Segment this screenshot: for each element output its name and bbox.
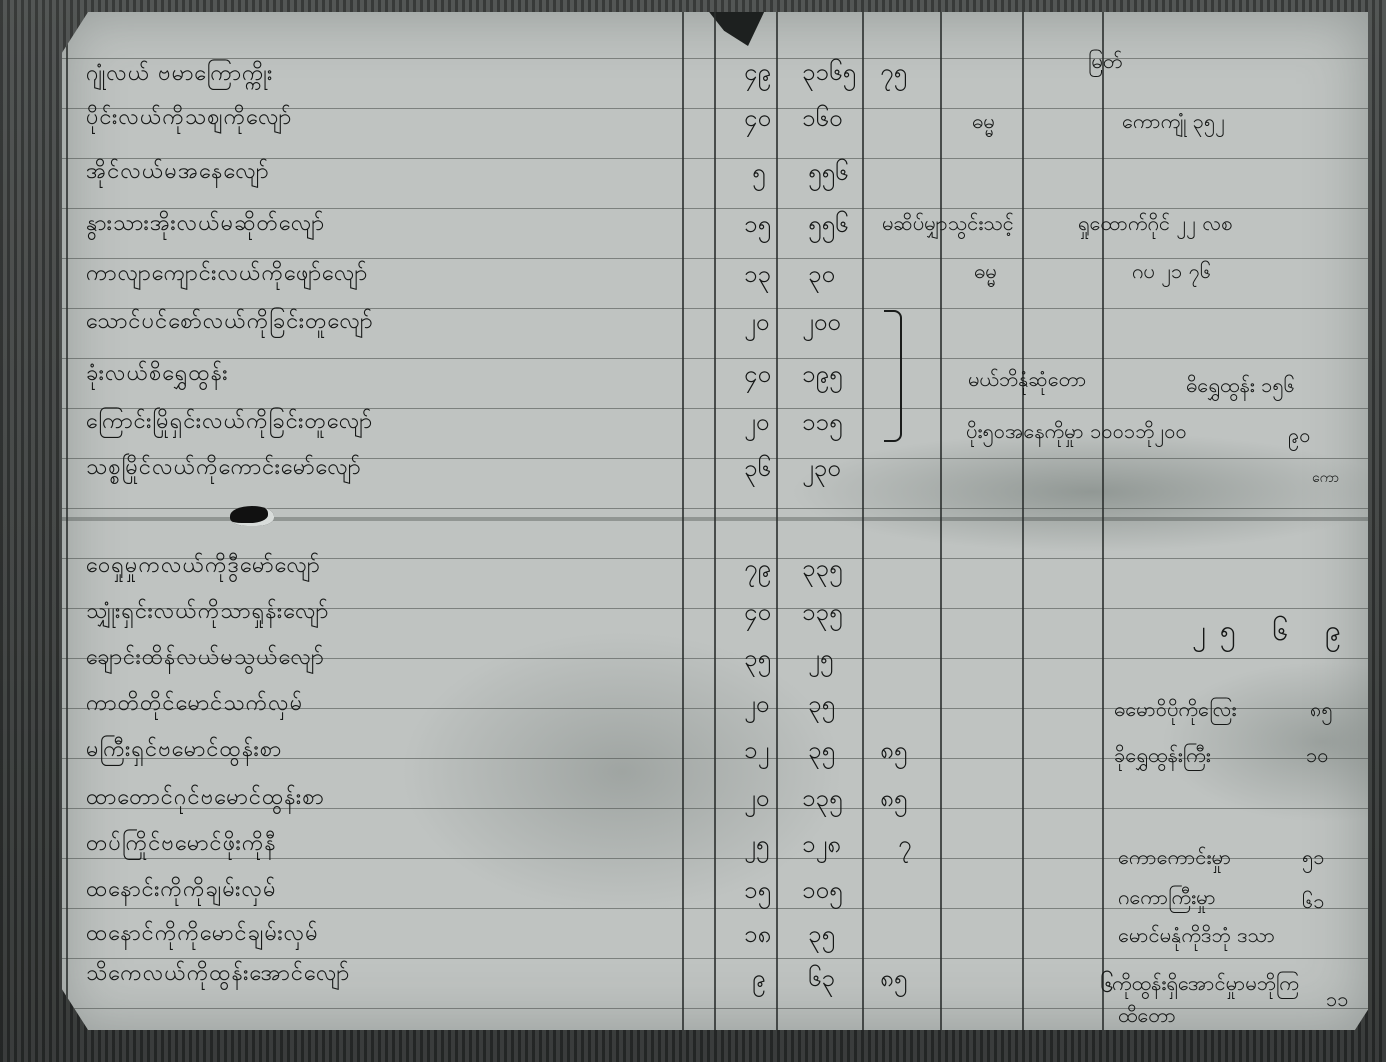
column-rule [940,12,942,1030]
qty-value: ၂၀ [744,306,769,342]
extra-value: ၈၅ [880,962,907,998]
entry-text: အိုင်လယ်မအနေလျော် [86,156,270,189]
qty-value: ၄၀ [744,596,771,632]
extra-value: ၇ [898,828,912,864]
note-text: ကောကောင်းမှုာ [1118,844,1231,874]
entry-text: သောင်ပင်စော်လယ်ကိုခြင်းတူလျော် [86,306,374,339]
qty-value: ၄၉ [744,56,771,92]
entry-text: ဝေရှုမှုကလယ်ကိုဒွီမော်လျော် [86,550,321,583]
entry-text: ထနောင်ကိုကိုမောင်ချမ်းလှမ် [86,918,319,951]
entry-text: ကာတိတိုင်မောင်သက်လှမ် [86,688,303,721]
amount-value: ၁၃၅ [802,782,843,818]
note-text: ပိုး၅၀အနေကိုမှုာ ၁၀၀၁ဘို၂၀၀ [966,418,1187,448]
amount-value: ၁၉၅ [802,358,843,394]
qty-value: ၁၃ [744,258,771,294]
note-value: ၁၁ [1326,986,1349,1016]
entry-text: တပ်ကြိုင်ဗမောင်ဖိုးကိုနီ [86,828,277,861]
amount-value: ၂၃၀ [802,452,841,488]
note-text: ခိုရွှေထွန်းကြီး [1114,742,1211,772]
note-text: ထိတော [1118,1002,1176,1032]
entry-text: ကာလျာကျောင်းလယ်ကိုဖျော်လျော် [86,258,368,291]
note-left: ဓမ္မ [972,108,995,138]
amount-value: ၁၀၅ [802,874,843,910]
qty-value: ၄၀ [744,102,771,138]
ledger-sheet: ဂျုံလယ် ဗမာကြောက္ကိုး ပိုင်းလယ်ကိုသဈကိုလ… [62,12,1368,1030]
entry-text: ထနောင်းကိုကိုချမ်းလှမ် [86,874,277,907]
amount-value: ၃၅ [808,688,835,724]
note-text: ဓမောဝိပိုကိုလြေး [1114,696,1236,726]
amount-value: ၁၃၅ [802,596,843,632]
qty-value: ၁၅ [744,208,771,244]
amount-value: ၁၂၈ [802,828,841,864]
amount-value: ၃၅ [808,918,835,954]
note-value: ၁၀ [1306,742,1329,772]
qty-value: ၃၆ [744,452,771,488]
total-value: ၂၅ ၆ ၉ [1192,612,1355,654]
note-left: မဆိပ်မျှာသွင်းသင့် [882,210,1014,240]
qty-value: ၁၈ [744,918,771,954]
amount-value: ၂၀၀ [802,306,841,342]
note-value: ၅၁ [1302,844,1325,874]
column-rule [714,12,716,1030]
note-left: ဓမ္မ [974,258,997,288]
entry-text: ပိုင်းလယ်ကိုသဈကိုလျော် [86,102,292,135]
note-value: ဓိရွှေထွန်း ၁၅၆ [1186,372,1295,402]
margin-rule [66,12,68,1030]
note-right: ရှုထောက်ဂိုင် ၂၂ လစ [1078,210,1232,240]
qty-value: ၂၀ [744,688,769,724]
extra-value: ၈၅ [880,734,907,770]
note-small: ကော [1312,468,1339,489]
note-text: ဂကောကြီးမှုာ [1118,884,1216,914]
column-rule [682,12,684,1030]
qty-value: ၇၉ [744,552,771,588]
qty-value: ၂၀ [744,782,769,818]
entry-text: သိကေလယ်ကိုထွန်းအောင်လျော် [86,958,350,991]
note-right: ကောကျုံ ၃၅၂ [1122,108,1225,138]
entry-text: ချောင်းထိန်လယ်မသွယ်လျော် [86,642,325,675]
entry-text: မကြီးရှင်ဗမောင်ထွန်းစာ [86,734,282,767]
note-text: ကိုထွန်းရှိအောင်မှုာမဘိုကြ [1112,970,1299,1000]
qty-value: ၂၀ [744,406,769,442]
entry-text: ကြောင်းမြိုရှင်းလယ်ကိုခြင်းတူလျော် [86,406,373,439]
amount-value: ၆၃ [808,962,835,998]
column-header-note: မြတ် [1088,48,1122,78]
entry-text: သျှုံးရှင်းလယ်ကိုသာရှုန်းလျော် [86,596,329,629]
entry-text: ထာတောင်ဂုင်ဗမောင်ထွန်းစာ [86,782,325,815]
amount-value: ၃၁၆၅ [802,56,856,92]
entry-text: ဂျုံလယ် ဗမာကြောက္ကိုး [86,58,273,91]
qty-value: ၅ [752,156,766,192]
amount-value: ၅၅၆ [808,156,849,192]
note-value: ၈၅ [1310,696,1333,726]
amount-value: ၃၅ [808,734,835,770]
amount-value: ၂၅ [808,642,833,678]
note-text: မယ်ဘိနုံဆုံတော [968,366,1086,396]
amount-value: ၃၀ [808,258,835,294]
qty-value: ၂၅ [744,828,769,864]
amount-value: ၃၃၅ [802,552,843,588]
qty-value: ၉ [752,962,766,998]
qty-value: ၁၂ [744,734,769,770]
extra-value: ၇၅ [880,56,907,92]
entry-text: နွားသားအိုးလယ်မဆိုတ်လျော် [86,208,325,241]
column-rule [862,12,864,1030]
extra-value: ၈၅ [880,782,907,818]
qty-value: ၄၀ [744,358,771,394]
note-value: ၆၁ [1302,888,1325,918]
column-rule [1102,12,1104,1030]
note-text: မောင်မနုံကိုဒိဘုံ ဒသာ [1118,922,1275,952]
amount-value: ၁၆၀ [802,102,843,138]
note-value: ၉၀ [1288,422,1311,452]
column-rule [1022,12,1024,1030]
paper-hole [230,506,274,526]
entry-text: သစ္စမြိုင်လယ်ကိုကောင်းမော်လျော် [86,452,362,485]
entry-text: ခုံးလယ်စိရွှေထွန်း [86,358,229,391]
margin-mark: ၆ [1100,968,1114,1004]
grouping-bracket [884,310,902,442]
column-rule [776,12,778,1030]
amount-value: ၅၅၆ [808,208,849,244]
note-right: ဂပ ၂၁ ၇၆ [1132,258,1211,288]
qty-value: ၃၅ [744,642,771,678]
qty-value: ၁၅ [744,874,771,910]
amount-value: ၁၁၅ [802,406,843,442]
